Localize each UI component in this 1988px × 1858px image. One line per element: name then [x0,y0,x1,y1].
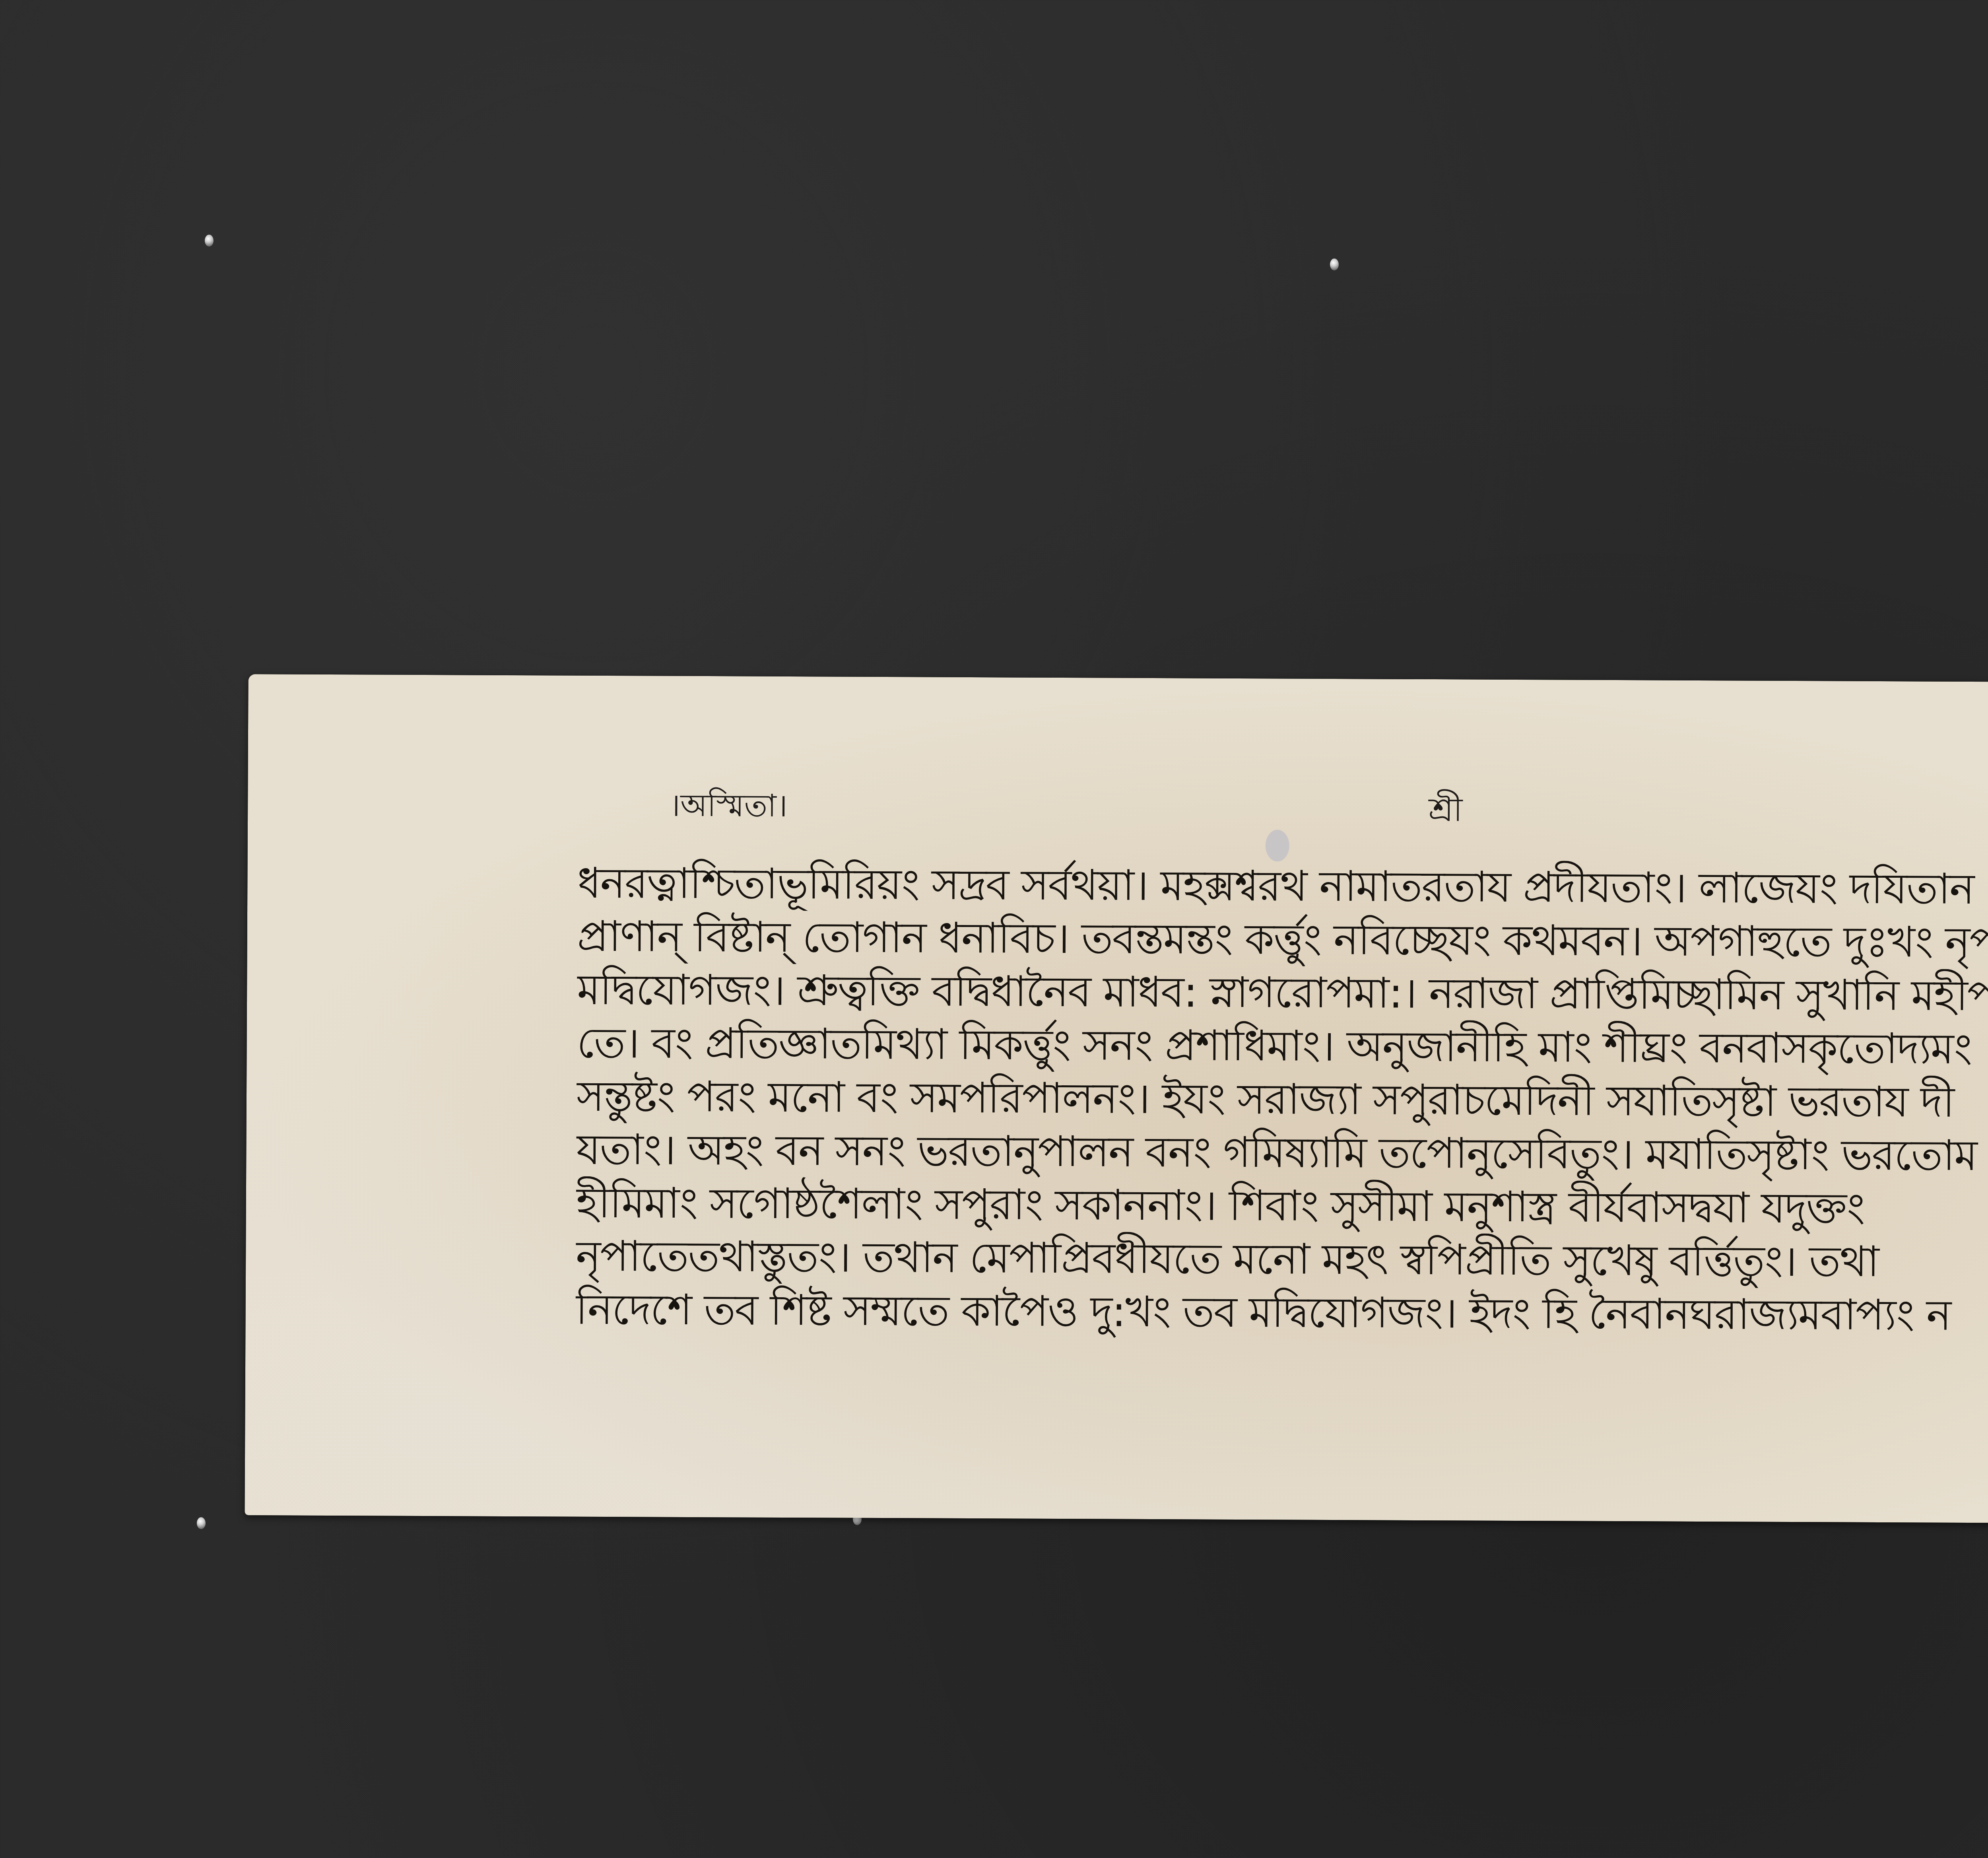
text-line: মদ্বিযোগজং। শ্রুত্বক্তি বদ্বিধানৈব মাধব:… [577,963,1988,1024]
pin-bead [1330,258,1339,270]
text-line: সন্তুষ্টং পরং মনো বং সমপরিপালনং। ইযং সরা… [577,1070,1988,1131]
folio-mark: শ্রী [1429,785,1463,839]
manuscript-body: ধনরত্নাশ্চিতাভূমিরিয়ং সদ্রব সর্বথয়া। ম… [575,857,1988,1344]
margin-title: ।অস্মিতা। [669,781,788,834]
text-line: নৃপাতেতথাস্তুতং। তথান মেপাপ্রিবধীযতে মনো… [576,1230,1988,1290]
manuscript-leaf: ।অস্মিতা। শ্রী ` ধনরত্নাশ্চিতাভূমিরিয়ং … [245,674,1988,1525]
paper-stain [1266,830,1289,861]
text-line: ধনরত্নাশ্চিতাভূমিরিয়ং সদ্রব সর্বথয়া। ম… [577,857,1988,917]
text-line: তে। বং প্রতিজ্ঞাতমিথ্যা মিকর্ত্তুং সনং প… [577,1016,1988,1077]
text-line: যতাং। অহং বন সনং ভরতানুপালন বনং গমিষ্যাম… [576,1123,1988,1184]
text-line: নিদেশে তব শিষ্ট সম্মতে কাপৈও দু:খং তব মদ… [575,1283,1988,1344]
text-line: হীমিমাং সগোষ্ঠশৈলাং সপুরাং সকাননাং। শিবা… [576,1176,1988,1237]
pin-bead [197,1517,206,1529]
pin-bead [205,235,214,247]
text-line: প্রাণান্ বিষ্টান্ তোগান ধনাবিচ। তবন্তমন্… [577,910,1988,971]
